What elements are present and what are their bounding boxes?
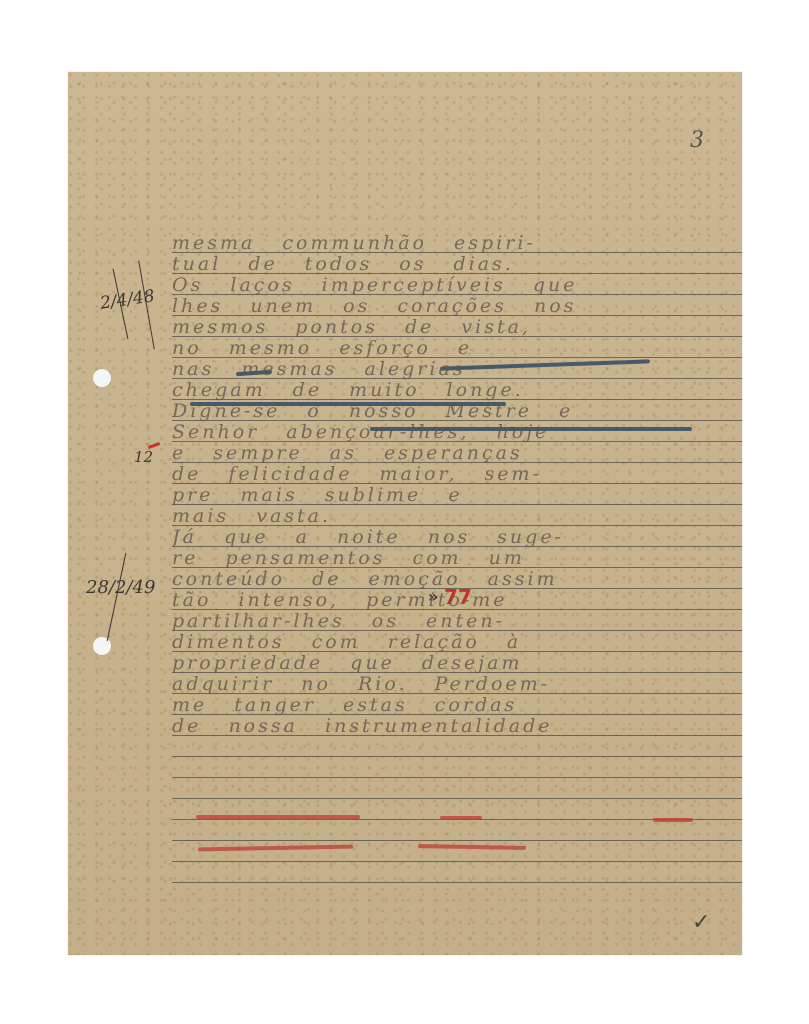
red-highlight [440,816,482,820]
manuscript-line: de nossa instrumentalidade [172,716,742,737]
manuscript-page: 3 2/4/48 28/2/49 12 77 » [68,72,742,955]
manuscript-line: Os laços imperceptíveis que [172,275,742,296]
manuscript-line: Já que a noite nos suge- [172,527,742,548]
manuscript-line: mais vasta. [172,506,742,527]
manuscript-line: pre mais sublime e [172,485,742,506]
manuscript-line: tão intenso, permito-me [172,590,742,611]
manuscript-line: re pensamentos com um [172,548,742,569]
manuscript-line: partilhar-lhes os enten- [172,611,742,632]
ruled-line [172,882,742,883]
page-number: 3 [690,128,704,153]
manuscript-line: no mesmo esforço e [172,338,742,359]
ruled-line [172,777,742,778]
manuscript-line: chegam de muito longe. [172,380,742,401]
ruled-line [172,840,742,841]
ruled-line [172,756,742,757]
manuscript-line: tual de todos os dias. [172,254,742,275]
red-margin-tick [148,442,160,449]
red-highlight [196,815,360,819]
checkmark-icon: ✓ [692,910,710,935]
manuscript-line: adquirir no Rio. Perdoem- [172,674,742,695]
red-highlight [418,844,526,850]
punch-hole-top [93,369,111,387]
manuscript-line: e sempre as esperanças [172,443,742,464]
manuscript-line: conteúdo de emoção assim [172,569,742,590]
red-highlight [198,845,353,852]
punch-hole-bottom [93,637,111,655]
manuscript-line: Senhor abençoar-lhes, hoje [172,422,742,443]
margin-date-2: 28/2/49 [86,577,155,598]
manuscript-line: mesmos pontos de vista, [172,317,742,338]
manuscript-line: de felicidade maior, sem- [172,464,742,485]
margin-number: 12 [134,448,153,466]
manuscript-line: lhes unem os corações nos [172,296,742,317]
manuscript-line: me tanger estas cordas [172,695,742,716]
ruled-line [172,798,742,799]
manuscript-line: dimentos com relação à [172,632,742,653]
manuscript-line: propriedade que desejam [172,653,742,674]
manuscript-line: mesma communhão espiri- [172,233,742,254]
ruled-line [172,861,742,862]
manuscript-line: nas mesmas alegrias [172,359,742,380]
red-highlight [653,818,693,822]
manuscript-line: Digne-se o nosso Mestre e [172,401,742,422]
